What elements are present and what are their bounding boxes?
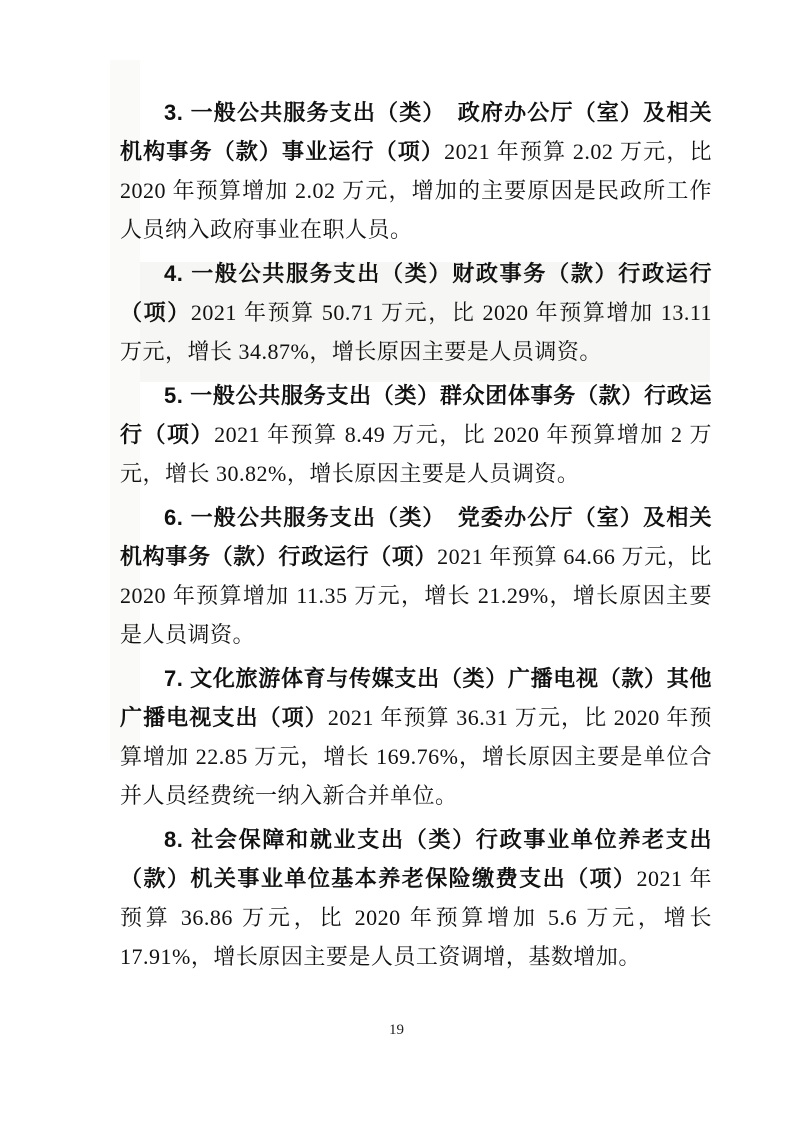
page-number: 19	[0, 1020, 793, 1040]
budget-paragraph-8: 8. 社会保障和就业支出（类）行政事业单位养老支出（款）机关事业单位基本养老保险…	[120, 820, 712, 976]
document-page: 3. 一般公共服务支出（类） 政府办公厅（室）及相关机构事务（款）事业运行（项）…	[0, 0, 793, 1122]
text-block: 3. 一般公共服务支出（类） 政府办公厅（室）及相关机构事务（款）事业运行（项）…	[120, 88, 712, 976]
budget-paragraph-5: 5. 一般公共服务支出（类）群众团体事务（款）行政运行（项）2021 年预算 8…	[120, 376, 712, 493]
budget-paragraph-6: 6. 一般公共服务支出（类） 党委办公厅（室）及相关机构事务（款）行政运行（项）…	[120, 498, 712, 654]
budget-paragraph-4: 4. 一般公共服务支出（类）财政事务（款）行政运行（项）2021 年预算 50.…	[120, 254, 712, 371]
budget-paragraph-7: 7. 文化旅游体育与传媒支出（类）广播电视（款）其他广播电视支出（项）2021 …	[120, 659, 712, 815]
paragraph-heading: 8. 社会保障和就业支出（类）行政事业单位养老支出（款）机关事业单位基本养老保险…	[120, 827, 712, 891]
budget-paragraph-3: 3. 一般公共服务支出（类） 政府办公厅（室）及相关机构事务（款）事业运行（项）…	[120, 93, 712, 249]
paragraph-body: 2021 年预算 50.71 万元，比 2020 年预算增加 13.11 万元，…	[120, 300, 712, 364]
